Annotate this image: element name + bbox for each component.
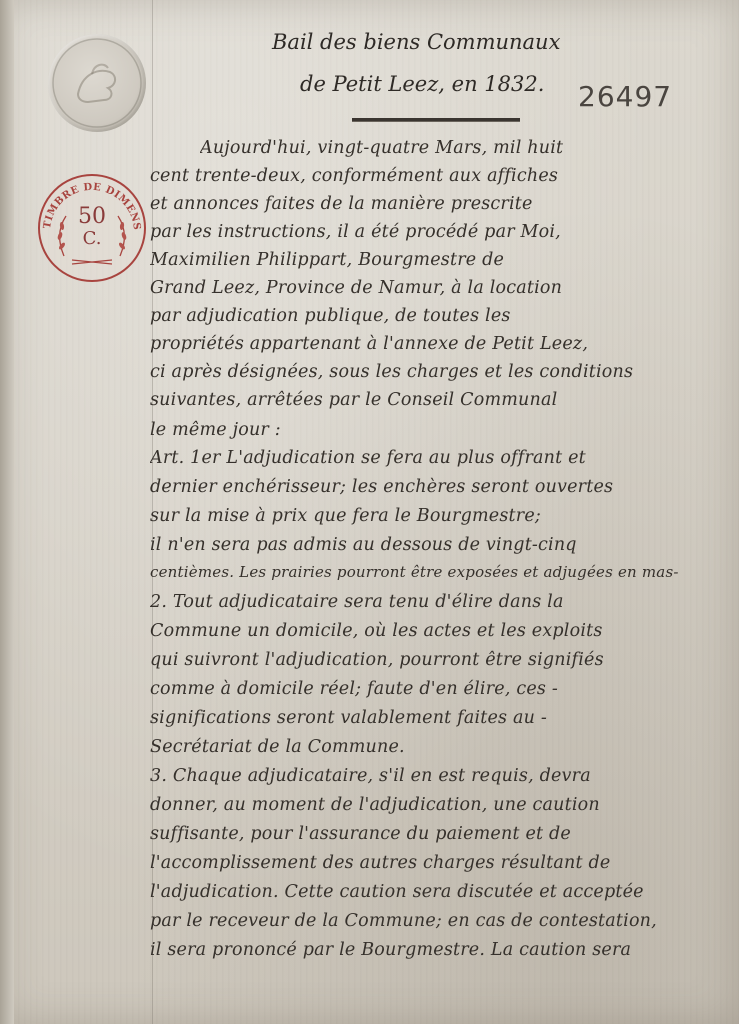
body-line: ci après désignées, sous les charges et … <box>150 362 739 382</box>
body-line: par adjudication publique, de toutes les <box>150 306 739 326</box>
body-line: Secrétariat de la Commune. <box>150 737 739 757</box>
body-line: centièmes. Les prairies pourront être ex… <box>150 563 739 581</box>
body-line: et annonces faites de la manière prescri… <box>150 194 739 214</box>
body-line: suivantes, arrêtées par le Conseil Commu… <box>150 390 739 410</box>
body-line: Maximilien Philippart, Bourgmestre de <box>150 250 739 270</box>
embossed-seal-icon <box>48 34 146 132</box>
body-line: cent trente-deux, conformément aux affic… <box>150 166 739 186</box>
page-edge <box>0 0 14 1024</box>
body-line: donner, au moment de l'adjudication, une… <box>150 795 739 815</box>
body-line: propriétés appartenant à l'annexe de Pet… <box>150 334 739 354</box>
body-line: qui suivront l'adjudication, pourront êt… <box>150 650 739 670</box>
manuscript-page: TIMBRE DE DIMENSION 50 C. Bail des biens… <box>0 0 739 1024</box>
body-line: par le receveur de la Commune; en cas de… <box>150 911 739 931</box>
body-line: sur la mise à prix que fera le Bourgmest… <box>150 506 739 526</box>
article-3-line: 3. Chaque adjudicataire, s'il en est req… <box>150 766 739 786</box>
body-line: dernier enchérisseur; les enchères seron… <box>150 477 739 497</box>
body-line: comme à domicile réel; faute d'en élire,… <box>150 679 739 699</box>
body-line: Aujourd'hui, vingt-quatre Mars, mil huit <box>200 138 739 158</box>
article-2-line: 2. Tout adjudicataire sera tenu d'élire … <box>150 592 739 612</box>
tax-stamp-unit: C. <box>36 230 148 248</box>
archive-number: 26497 <box>578 80 672 113</box>
body-line: l'accomplissement des autres charges rés… <box>150 853 739 873</box>
document-title-line-2: de Petit Leez, en 1832. <box>300 72 544 96</box>
body-line: suffisante, pour l'assurance du paiement… <box>150 824 739 844</box>
body-line: Commune un domicile, où les actes et les… <box>150 621 739 641</box>
body-line: il n'en sera pas admis au dessous de vin… <box>150 535 739 555</box>
body-line: il sera prononcé par le Bourgmestre. La … <box>150 940 739 960</box>
body-line: le même jour : <box>150 420 739 440</box>
tax-stamp-icon: TIMBRE DE DIMENSION 50 C. <box>36 172 148 284</box>
title-underline <box>352 118 520 122</box>
body-line: Grand Leez, Province de Namur, à la loca… <box>150 278 739 298</box>
article-1-line: Art. 1er L'adjudication se fera au plus … <box>150 448 739 468</box>
body-line: par les instructions, il a été procédé p… <box>150 222 739 242</box>
body-line: significations seront valablement faites… <box>150 708 739 728</box>
document-title-line-1: Bail des biens Communaux <box>272 30 560 54</box>
tax-stamp-value: 50 <box>36 206 148 228</box>
body-line: l'adjudication. Cette caution sera discu… <box>150 882 739 902</box>
